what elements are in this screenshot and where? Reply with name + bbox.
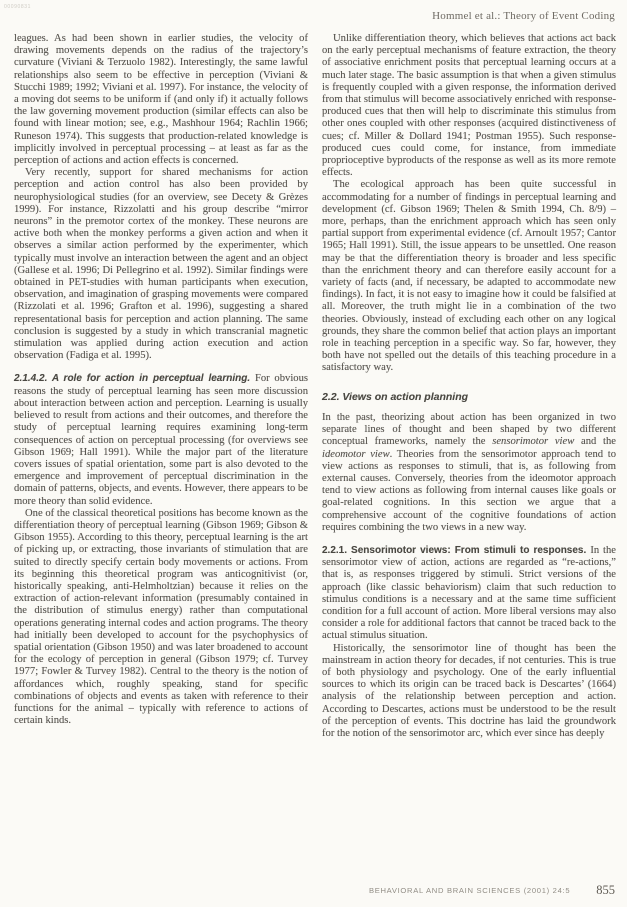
left-column: leagues. As had been shown in earlier st… bbox=[14, 33, 308, 727]
section-heading: 2.2. Views on action planning bbox=[322, 391, 616, 403]
runin-heading: 2.2.1. Sensorimotor views: From stimuli … bbox=[322, 545, 590, 556]
paragraph: One of the classical theoretical positio… bbox=[14, 508, 308, 728]
paragraph: In the past, theorizing about action has… bbox=[322, 412, 616, 534]
scan-margin-code: 00090831 bbox=[4, 4, 31, 10]
page-footer: BEHAVIORAL AND BRAIN SCIENCES (2001) 24:… bbox=[14, 881, 615, 899]
paragraph: Very recently, support for shared mechan… bbox=[14, 167, 308, 362]
paragraph: Historically, the sensorimotor line of t… bbox=[322, 643, 616, 741]
paragraph: Unlike differentiation theory, which bel… bbox=[322, 33, 616, 179]
right-column: Unlike differentiation theory, which bel… bbox=[322, 33, 616, 740]
journal-citation: BEHAVIORAL AND BRAIN SCIENCES (2001) 24:… bbox=[369, 886, 570, 895]
paragraph: leagues. As had been shown in earlier st… bbox=[14, 33, 308, 167]
paragraph: 2.2.1. Sensorimotor views: From stimuli … bbox=[322, 545, 616, 643]
paragraph: The ecological approach has been quite s… bbox=[322, 179, 616, 374]
runin-heading: 2.1.4.2. A role for action in perceptual… bbox=[14, 373, 255, 384]
page-number: 855 bbox=[596, 883, 615, 897]
running-head: Hommel et al.: Theory of Event Coding bbox=[322, 10, 615, 22]
journal-page: 00090831 Hommel et al.: Theory of Event … bbox=[0, 0, 627, 907]
paragraph: 2.1.4.2. A role for action in perceptual… bbox=[14, 373, 308, 507]
